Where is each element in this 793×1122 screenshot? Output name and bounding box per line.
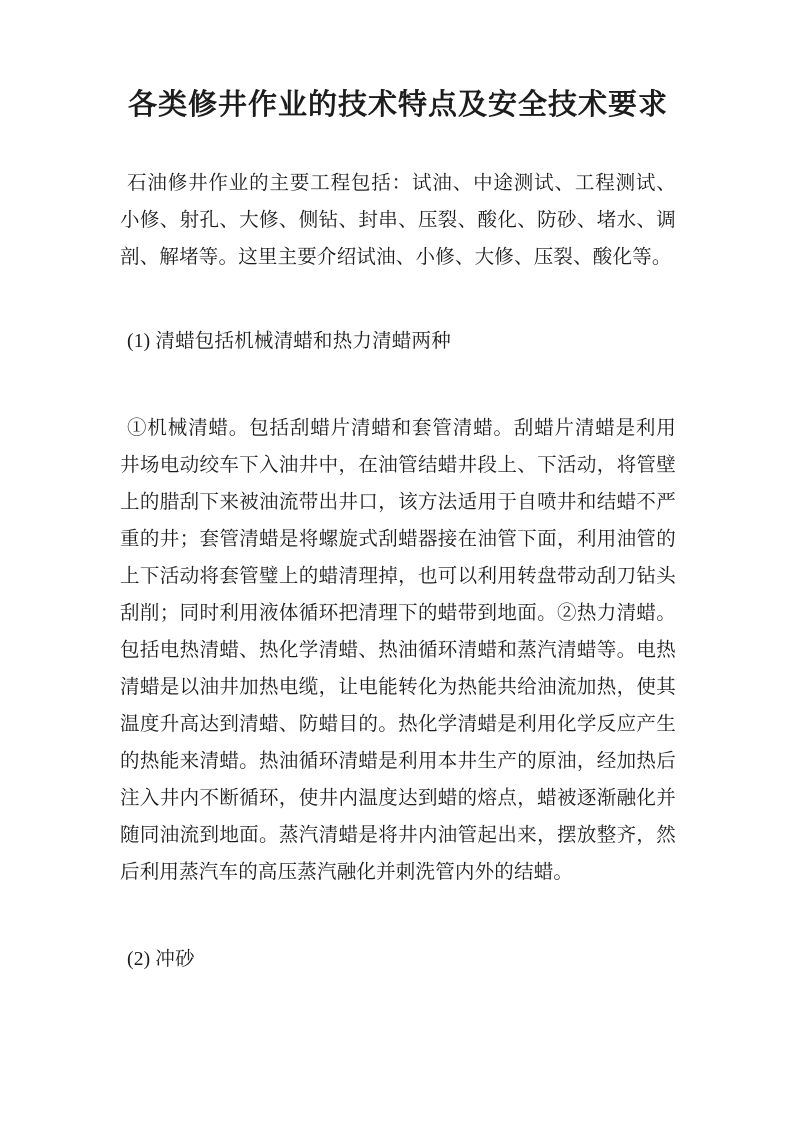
section-1-body: ①机械清蜡。包括刮蜡片清蜡和套管清蜡。刮蜡片清蜡是利用井场电动绞车下入油井中，在… <box>120 410 676 891</box>
document-title: 各类修井作业的技术特点及安全技术要求 <box>120 85 676 125</box>
intro-paragraph: 石油修井作业的主要工程包括：试油、中途测试、工程测试、小修、射孔、大修、侧钻、封… <box>120 165 676 276</box>
document-page: 各类修井作业的技术特点及安全技术要求 石油修井作业的主要工程包括：试油、中途测试… <box>0 0 793 1122</box>
section-2-heading: (2) 冲砂 <box>120 941 676 978</box>
section-1-heading: (1) 清蜡包括机械清蜡和热力清蜡两种 <box>120 323 676 360</box>
